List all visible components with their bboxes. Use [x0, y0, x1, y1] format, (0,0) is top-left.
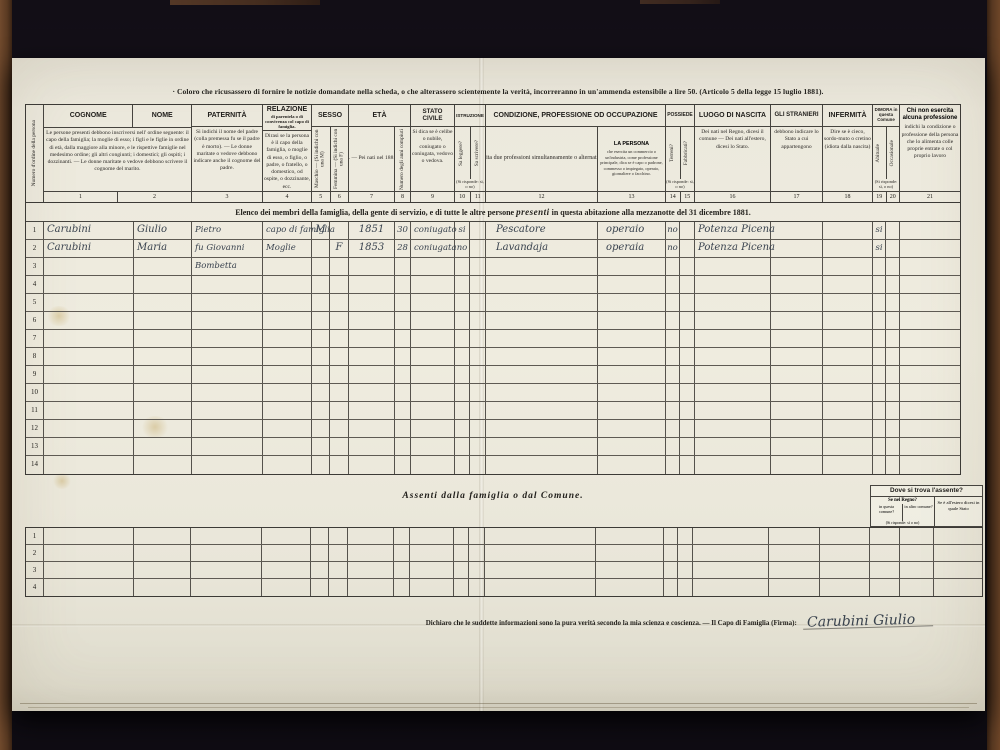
stato-civile-cell	[411, 312, 455, 329]
section-title-presenti: presenti	[516, 207, 550, 217]
condizione-cell	[486, 312, 598, 329]
row-number: 9	[26, 366, 44, 383]
col-number: 20	[886, 192, 900, 202]
stato-civile-cell	[410, 528, 454, 544]
anni-compiuti-cell	[395, 366, 411, 383]
fabbricati-cell	[680, 330, 695, 347]
condizione-cell	[485, 528, 597, 544]
assenti-row: 4	[26, 579, 982, 596]
condizione-cell	[486, 348, 598, 365]
table-row: 9	[26, 366, 960, 384]
wood-sliver	[640, 0, 720, 4]
terreni-cell	[666, 402, 680, 419]
row-number: 7	[26, 330, 44, 347]
relazione-cell	[263, 456, 312, 474]
stato-civile-cell	[411, 438, 455, 455]
col-number: 2	[117, 192, 191, 202]
col-number: 18	[823, 192, 872, 202]
col-condizione: CONDIZIONE, PROFESSIONE OD OCCUPAZIONE Q…	[486, 105, 666, 202]
sesso-f-cell	[330, 276, 349, 293]
anno-nascita-cell	[349, 312, 395, 329]
relazione-cell	[263, 276, 312, 293]
fabbricati-cell	[678, 562, 693, 578]
condizione-cell	[486, 456, 598, 474]
row-number: 4	[26, 276, 44, 293]
stranieri-cell	[771, 276, 823, 293]
col-number: 6	[330, 192, 349, 202]
nome-cell	[134, 348, 192, 365]
cognome-cell	[44, 562, 134, 578]
cognome-cell	[44, 579, 134, 596]
col-numbers: 19 20	[873, 191, 899, 202]
sa-scrivere-cell	[469, 545, 485, 561]
sesso-m-cell	[312, 384, 330, 401]
paternita-cell	[192, 366, 263, 383]
sa-leggere-cell	[455, 312, 470, 329]
luogo-nascita-cell	[695, 384, 771, 401]
estero-cell	[934, 528, 982, 544]
fabbricati-cell	[678, 579, 693, 596]
sesso-m-cell	[311, 579, 329, 596]
assenti-table: 1 2	[25, 527, 983, 597]
table-row: 12	[26, 420, 960, 438]
table-row: 5	[26, 294, 960, 312]
col-number: 7	[349, 192, 394, 202]
stato-civile-cell	[411, 384, 455, 401]
row-number: 8	[26, 348, 44, 365]
sesso-m-cell	[311, 562, 329, 578]
luogo-nascita-cell	[695, 258, 771, 275]
col-number: 12	[486, 192, 597, 202]
nome-cell	[134, 294, 192, 311]
luogo-nascita-cell	[695, 456, 771, 474]
anni-compiuti-cell	[394, 545, 410, 561]
altro-comune-cell	[900, 545, 934, 561]
condizione-cell: Lavandaja	[486, 240, 598, 257]
cognome-cell	[44, 528, 134, 544]
anni-compiuti-cell	[395, 276, 411, 293]
paternita-cell	[192, 330, 263, 347]
row-number: 10	[26, 384, 44, 401]
fabbricati-cell	[680, 348, 695, 365]
anno-nascita-cell	[348, 579, 394, 596]
col-condizione-split: Quando la stessa persona esercita due pr…	[486, 127, 665, 191]
luogo-nascita-cell	[693, 545, 769, 561]
anno-nascita-cell: 1853	[349, 240, 395, 257]
sesso-m-cell	[312, 348, 330, 365]
assenti-row: 3	[26, 562, 982, 579]
nome-cell	[134, 330, 192, 347]
col-numbers: 3	[192, 191, 262, 202]
terreni-cell	[664, 579, 678, 596]
sa-leggere-label: Sa leggere?	[459, 141, 465, 166]
anno-nascita-cell	[349, 348, 395, 365]
col-number: 16	[695, 192, 770, 202]
dimora-occasionale-cell	[886, 420, 900, 437]
fabbricati-cell	[680, 438, 695, 455]
dimora-abituale-cell	[873, 456, 886, 474]
condizione-cell	[486, 438, 598, 455]
col-note: Dirasi se la persona è il capo della fam…	[263, 131, 311, 191]
col-relazione: RELAZIONE di parentela o di convivenza c…	[263, 105, 312, 202]
fabbricati-cell	[680, 276, 695, 293]
terreni-cell: no	[666, 240, 680, 257]
cognome-cell	[44, 456, 134, 474]
terreni-cell	[666, 294, 680, 311]
sesso-m-cell	[312, 258, 330, 275]
col-number: 5	[312, 192, 330, 202]
altro-comune-cell	[900, 528, 934, 544]
presenti-rows: 1 Carubini Giulio Pietro capo di famigli…	[26, 222, 960, 474]
table-row: 4	[26, 276, 960, 294]
stato-civile-cell	[411, 258, 455, 275]
presenti-table: Numero d'ordine della persona COGNOME NO…	[25, 104, 961, 475]
cognome-cell	[44, 348, 134, 365]
relazione-cell	[263, 366, 312, 383]
row-number: 1	[26, 528, 44, 544]
col-title: STATO CIVILE	[411, 105, 454, 127]
anno-nascita-cell	[348, 528, 394, 544]
stranieri-cell	[769, 545, 821, 561]
infermita-cell	[823, 366, 873, 383]
nome-cell	[134, 384, 192, 401]
paternita-cell: Pietro	[192, 222, 263, 239]
regno-split: in questa comune? in altro comune?	[871, 504, 934, 521]
page-edge	[20, 703, 977, 704]
col-sesso-split: Maschio — (Si indichi con una M) Femmina…	[312, 127, 348, 191]
sa-leggere-cell	[454, 579, 469, 596]
condizione-cell	[486, 402, 598, 419]
paternita-cell: fu Giovanni	[192, 240, 263, 257]
dimora-abituale-cell	[873, 438, 886, 455]
row-number: 13	[26, 438, 44, 455]
anno-nascita-cell	[349, 456, 395, 474]
paternita-cell	[192, 294, 263, 311]
stranieri-cell	[771, 294, 823, 311]
dimora-abituale-cell	[873, 348, 886, 365]
paternita-cell	[192, 384, 263, 401]
fabbricati-cell	[678, 528, 693, 544]
col-numbers: 9	[411, 191, 454, 202]
dimora-occasionale-cell	[886, 456, 900, 474]
paternita-cell	[191, 545, 262, 561]
paternita-cell	[192, 420, 263, 437]
sesso-f-cell	[330, 402, 349, 419]
relazione-cell	[262, 528, 311, 544]
col-number: 4	[263, 192, 311, 202]
chi-non-esercita-cell	[900, 276, 960, 293]
dimora-occasionale-cell	[886, 276, 900, 293]
terreni-label: Terreni?	[670, 144, 676, 162]
condizione-cell: Pescatore	[486, 222, 598, 239]
infermita-cell	[820, 579, 870, 596]
col-numero-ordine: Numero d'ordine della persona	[26, 105, 44, 202]
col-istruzione-split: Sa leggere? Sa scrivere?	[455, 127, 485, 179]
questa-comune-cell	[870, 579, 900, 596]
stranieri-cell	[769, 579, 821, 596]
stranieri-cell	[771, 222, 823, 239]
dimora-occasionale-cell	[886, 402, 900, 419]
si-o-no-note: (Si risponde: sì, o no)	[455, 179, 485, 191]
sesso-m-cell	[312, 438, 330, 455]
col-eta: ETÀ Anno di nascita. — Pei nati nel 1881…	[349, 105, 411, 202]
chi-non-esercita-cell	[900, 312, 960, 329]
sa-leggere-cell	[455, 366, 470, 383]
dimora-occasionale-cell	[886, 222, 900, 239]
dimora-abituale-cell	[873, 330, 886, 347]
cognome-cell	[44, 402, 134, 419]
nome-cell	[134, 402, 192, 419]
col-number: 14	[666, 192, 680, 202]
sa-leggere-cell	[454, 562, 469, 578]
se-nel-regno: Se nel Regno? in questa comune? in altro…	[871, 497, 935, 526]
dimora-abituale-cell	[873, 276, 886, 293]
col-infermita: INFERMITÀ Dire se è cieco, sordo-muto o …	[823, 105, 873, 202]
luogo-nascita-cell	[695, 420, 771, 437]
col-numbers: 21	[900, 191, 960, 202]
anno-nascita-cell	[348, 545, 394, 561]
col-numbers: 7 8	[349, 191, 410, 202]
sa-leggere-cell	[454, 528, 469, 544]
wood-sliver	[170, 0, 320, 5]
table-row: 2 Carubini Maria fu Giovanni Moglie F 18…	[26, 240, 960, 258]
nome-cell: Maria	[134, 240, 192, 257]
relazione-cell: capo di famiglia	[263, 222, 312, 239]
infermita-cell	[823, 330, 873, 347]
col-title: Chi non esercita alcuna professione	[900, 105, 960, 122]
questa-comune-label: in questa comune?	[871, 504, 902, 521]
paternita-cell	[192, 276, 263, 293]
infermita-cell	[823, 384, 873, 401]
col-note: Si indichi il nome del padre (colla prem…	[192, 127, 262, 191]
sa-leggere-cell	[455, 294, 470, 311]
stato-civile-cell	[411, 348, 455, 365]
sesso-m-cell: M	[312, 222, 330, 239]
sesso-f-cell	[330, 456, 349, 474]
infermita-cell	[820, 545, 870, 561]
condizione-cell	[485, 545, 597, 561]
sa-scrivere-cell	[470, 384, 486, 401]
cognome-cell	[44, 384, 134, 401]
table-row: 14	[26, 456, 960, 474]
fabbricati-cell	[680, 402, 695, 419]
sa-scrivere-cell	[470, 222, 486, 239]
infermita-cell	[823, 348, 873, 365]
col-number: 3	[192, 192, 262, 202]
stato-civile-cell	[410, 545, 454, 561]
sa-scrivere-cell	[470, 348, 486, 365]
chi-non-esercita-cell	[900, 384, 960, 401]
stato-civile-cell	[411, 402, 455, 419]
nome-cell	[134, 579, 192, 596]
la-persona-cell	[598, 456, 666, 474]
condizione-cell	[486, 330, 598, 347]
dimora-abituale-cell: si	[873, 222, 886, 239]
census-form: Numero d'ordine della persona COGNOME NO…	[25, 104, 961, 628]
stranieri-cell	[771, 384, 823, 401]
sa-scrivere-cell	[470, 258, 486, 275]
terreni-cell	[666, 456, 680, 474]
stato-civile-cell	[411, 330, 455, 347]
terreni-cell	[666, 312, 680, 329]
anno-nascita-cell	[349, 366, 395, 383]
col-note: Si dica se è celibe o nubile, coniugato …	[411, 127, 454, 191]
estero-label: Se è all'estero dicesi in quale Stato	[935, 497, 982, 526]
col-numbers: 12 13	[486, 191, 665, 202]
femmina-label: Femmina — (Si indichi con una F)	[334, 127, 345, 191]
stranieri-cell	[771, 258, 823, 275]
anni-compiuti-cell: 28	[395, 240, 411, 257]
luogo-nascita-cell	[695, 366, 771, 383]
table-row: 6	[26, 312, 960, 330]
row-number: 2	[26, 240, 44, 257]
col-number: 1	[44, 192, 117, 202]
col-numbers: 14 15	[666, 191, 694, 202]
sesso-m-cell	[312, 366, 330, 383]
section-title-pre: Elenco dei membri della famiglia, della …	[235, 208, 516, 217]
luogo-nascita-cell: Potenza Picena	[695, 222, 771, 239]
relazione-cell	[263, 330, 312, 347]
luogo-nascita-cell	[693, 528, 769, 544]
anni-compiuti-cell	[395, 312, 411, 329]
chi-non-esercita-cell	[900, 258, 960, 275]
col-stato-civile: STATO CIVILE Si dica se è celibe o nubil…	[411, 105, 455, 202]
col-luogo-nascita: LUOGO DI NASCITA Dei nati nel Regno, dic…	[695, 105, 771, 202]
cognome-cell	[44, 438, 134, 455]
table-row: 8	[26, 348, 960, 366]
due-professioni-note: Quando la stessa persona esercita due pr…	[486, 153, 597, 165]
anno-nascita-cell	[349, 420, 395, 437]
col-title: ISTRUZIONE	[455, 105, 485, 127]
table-row: 10	[26, 384, 960, 402]
infermita-cell	[823, 420, 873, 437]
la-persona-cell	[596, 562, 664, 578]
stato-civile-cell	[411, 276, 455, 293]
luogo-nascita-cell	[695, 402, 771, 419]
stranieri-cell	[771, 420, 823, 437]
condizione-cell	[486, 420, 598, 437]
sesso-m-cell	[312, 276, 330, 293]
anno-nascita-cell: 1851	[349, 222, 395, 239]
fabbricati-label: Fabbricati?	[684, 141, 690, 165]
sesso-f-cell	[330, 330, 349, 347]
condizione-cell	[486, 258, 598, 275]
stranieri-cell	[771, 456, 823, 474]
cognome-cell	[44, 312, 134, 329]
la-persona-cell	[598, 384, 666, 401]
si-o-no-note: (Si risponde: sì, o no)	[666, 179, 694, 191]
paternita-cell	[192, 348, 263, 365]
fabbricati-cell	[680, 420, 695, 437]
sesso-m-cell	[312, 330, 330, 347]
anni-compiuti-cell	[394, 562, 410, 578]
row-number: 14	[26, 456, 44, 474]
row-number: 5	[26, 294, 44, 311]
chi-non-esercita-cell	[900, 330, 960, 347]
col-numbers: 16	[695, 191, 770, 202]
relazione-cell	[263, 348, 312, 365]
col-title: LUOGO DI NASCITA	[695, 105, 770, 127]
abituale-label: Abituale	[876, 144, 882, 163]
nome-cell	[134, 420, 192, 437]
la-persona-cell: operaio	[598, 222, 666, 239]
anni-compiuti-cell	[395, 456, 411, 474]
fabbricati-cell	[680, 456, 695, 474]
col-label: Numero d'ordine della persona	[32, 120, 38, 186]
cognome-cell	[44, 330, 134, 347]
anno-nascita-cell	[348, 562, 394, 578]
luogo-nascita-cell	[695, 276, 771, 293]
col-note: Dei nati nel Regno, dicesi il comune — D…	[695, 127, 770, 191]
col-numbers: 5 6	[312, 191, 348, 202]
col-title: ETÀ	[349, 105, 410, 127]
stato-civile-cell: coniugata	[411, 240, 455, 257]
luogo-nascita-cell: Potenza Picena	[695, 240, 771, 257]
si-o-no-note: (Si risponde: sì, o no)	[873, 179, 899, 191]
cognome-cell	[44, 258, 134, 275]
maschio-label: Maschio — (Si indichi con una M)	[315, 127, 326, 191]
col-title-sub: di parentela o di convivenza col capo di…	[264, 114, 310, 129]
infermita-cell	[823, 276, 873, 293]
fabbricati-cell	[680, 294, 695, 311]
occasionale-label: Occasionale	[890, 140, 896, 166]
sa-scrivere-cell	[469, 579, 485, 596]
cognome-cell	[44, 545, 134, 561]
col-number: 15	[680, 192, 695, 202]
relazione-cell	[262, 579, 311, 596]
anni-compiuti-cell	[395, 258, 411, 275]
dimora-abituale-cell	[873, 312, 886, 329]
cognome-cell	[44, 294, 134, 311]
sa-scrivere-cell	[470, 456, 486, 474]
terreni-cell	[666, 348, 680, 365]
anni-compiuti-cell	[395, 330, 411, 347]
stranieri-cell	[771, 348, 823, 365]
terreni-cell	[666, 276, 680, 293]
col-dimora: DIMORA in questa Comune Abituale Occasio…	[873, 105, 900, 202]
dimora-abituale-cell	[873, 366, 886, 383]
anno-nascita-cell	[349, 402, 395, 419]
sa-scrivere-label: Sa scrivere?	[475, 140, 481, 166]
infermita-cell	[823, 402, 873, 419]
terreni-cell	[666, 384, 680, 401]
chi-non-esercita-cell	[900, 222, 960, 239]
estero-cell	[934, 545, 982, 561]
dimora-occasionale-cell	[886, 384, 900, 401]
stranieri-cell	[771, 402, 823, 419]
anni-compiuti-cell	[395, 402, 411, 419]
chi-non-esercita-cell	[900, 366, 960, 383]
dimora-abituale-cell: si	[873, 240, 886, 257]
table-row: 7	[26, 330, 960, 348]
nome-cell	[134, 258, 192, 275]
col-number: 8	[394, 192, 410, 202]
anno-nascita-cell	[349, 294, 395, 311]
questa-comune-cell	[870, 562, 900, 578]
infermita-cell	[823, 240, 873, 257]
relazione-cell	[263, 384, 312, 401]
sa-leggere-cell	[455, 276, 470, 293]
col-title: POSSIEDE	[666, 105, 694, 127]
condizione-cell	[486, 384, 598, 401]
sa-scrivere-cell	[470, 438, 486, 455]
col-nome-title: NOME	[133, 105, 191, 127]
sesso-m-cell	[312, 240, 330, 257]
col-chi-non-esercita: Chi non esercita alcuna professione indi…	[900, 105, 960, 202]
col-title-main: RELAZIONE	[267, 106, 307, 114]
terreni-cell	[666, 438, 680, 455]
nome-cell	[134, 562, 192, 578]
